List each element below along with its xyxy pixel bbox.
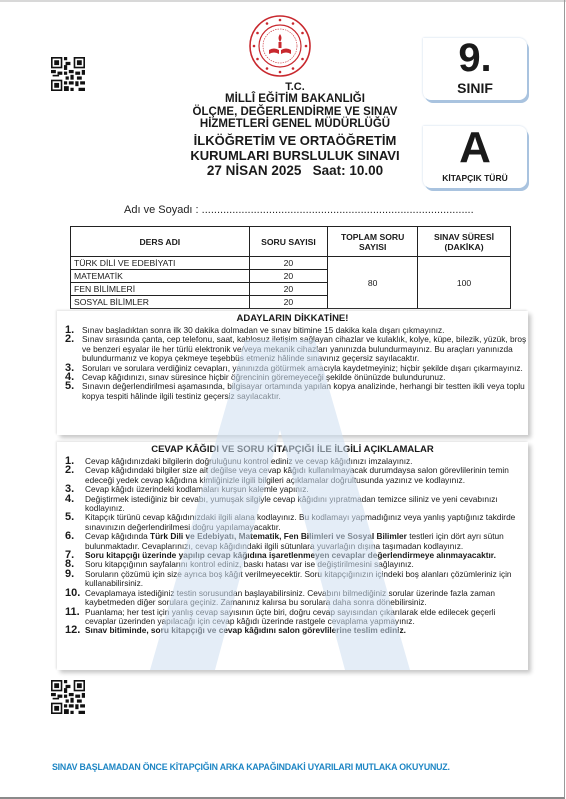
list-item: 10.Cevaplamaya istediğiniz testin sorusu… xyxy=(65,589,528,608)
grade-label: SINIF xyxy=(423,80,527,96)
exam-header: T.C. MİLLÎ EĞİTİM BAKANLIĞI ÖLÇME, DEĞER… xyxy=(150,81,440,179)
list-item: 2.Sınav sırasında çanta, cep telefonu, s… xyxy=(65,335,528,363)
booklet-type-value: A xyxy=(423,126,527,170)
explanations-list: 1.Cevap kâğıdınızdaki bilgilerin doğrulu… xyxy=(57,457,528,636)
header-ministry: MİLLÎ EĞİTİM BAKANLIĞI xyxy=(150,93,440,106)
subject-count: 20 xyxy=(249,270,328,283)
subject-name: FEN BİLİMLERİ xyxy=(71,283,250,296)
booklet-badge: A KİTAPÇIK TÜRÜ xyxy=(423,126,527,188)
table-header-row: DERS ADI SORU SAYISI TOPLAM SORU SAYISI … xyxy=(71,227,511,257)
header-tc: T.C. xyxy=(150,81,440,93)
list-item: 5.Kitapçık türünü cevap kâğıdınızdaki il… xyxy=(65,513,528,532)
list-item: 11.Puanlama; her test için yanlış cevap … xyxy=(65,608,528,627)
list-item: 9.Soruların çözümü için size ayrıca boş … xyxy=(65,570,528,589)
name-field[interactable]: Adı ve Soyadı : ........................… xyxy=(124,204,474,216)
footer-warning: SINAV BAŞLAMADAN ÖNCE KİTAPÇIĞIN ARKA KA… xyxy=(52,762,450,772)
explanations-box: CEVAP KÂĞIDI VE SORU KİTAPÇIĞI İLE İLGİL… xyxy=(57,442,528,670)
header-date-time: 27 NİSAN 2025 Saat: 10.00 xyxy=(150,163,440,179)
attention-list: 1.Sınav başladıktan sonra ilk 30 dakika … xyxy=(57,326,528,401)
qr-code-icon xyxy=(51,680,85,714)
ministry-seal-icon xyxy=(248,14,312,78)
name-field-dots[interactable]: ........................................… xyxy=(202,204,474,216)
exam-duration: 100 xyxy=(418,257,511,309)
header-exam-name-2: KURUMLARI BURSLULUK SINAVI xyxy=(150,148,440,163)
list-item: 5.Sınavın değerlendirilmesi aşamasında, … xyxy=(65,382,528,401)
explanations-title: CEVAP KÂĞIDI VE SORU KİTAPÇIĞI İLE İLGİL… xyxy=(57,444,528,456)
qr-code-icon xyxy=(51,57,85,91)
header-exam-name-1: İLKÖĞRETİM VE ORTAÖĞRETİM xyxy=(150,133,440,148)
subjects-table: DERS ADI SORU SAYISI TOPLAM SORU SAYISI … xyxy=(70,226,511,309)
grade-badge: 9. SINIF xyxy=(423,38,527,100)
header-duration: SINAV SÜRESİ (DAKİKA) xyxy=(418,227,511,257)
subject-count: 20 xyxy=(249,296,328,309)
subject-name: SOSYAL BİLİMLER xyxy=(71,296,250,309)
list-item: 4.Değiştirmek istediğiniz bir cevabı, yu… xyxy=(65,495,528,514)
subject-name: TÜRK DİLİ VE EDEBİYATI xyxy=(71,257,250,270)
list-item: 12.Sınav bitiminde, soru kitapçığı ve ce… xyxy=(65,626,528,635)
header-question-count: SORU SAYISI xyxy=(249,227,328,257)
table-row: TÜRK DİLİ VE EDEBİYATI 20 80 100 xyxy=(71,257,511,270)
list-item: 6.Cevap kâğıdında Türk Dili ve Edebiyatı… xyxy=(65,532,528,551)
total-questions: 80 xyxy=(328,257,418,309)
attention-title: ADAYLARIN DİKKATİNE! xyxy=(57,313,528,325)
header-total-questions: TOPLAM SORU SAYISI xyxy=(328,227,418,257)
header-department-1: ÖLÇME, DEĞERLENDİRME VE SINAV xyxy=(150,106,440,119)
attention-box: ADAYLARIN DİKKATİNE! 1.Sınav başladıktan… xyxy=(57,311,528,435)
header-subject: DERS ADI xyxy=(71,227,250,257)
subject-count: 20 xyxy=(249,283,328,296)
booklet-type-label: KİTAPÇIK TÜRÜ xyxy=(423,172,527,184)
name-field-label: Adı ve Soyadı : xyxy=(124,204,199,216)
header-department-2: HİZMETLERİ GENEL MÜDÜRLÜĞÜ xyxy=(150,118,440,131)
grade-value: 9. xyxy=(423,38,527,78)
subject-count: 20 xyxy=(249,257,328,270)
subject-name: MATEMATİK xyxy=(71,270,250,283)
list-item: 2.Cevap kâğıdındaki bilgiler size ait de… xyxy=(65,466,528,485)
